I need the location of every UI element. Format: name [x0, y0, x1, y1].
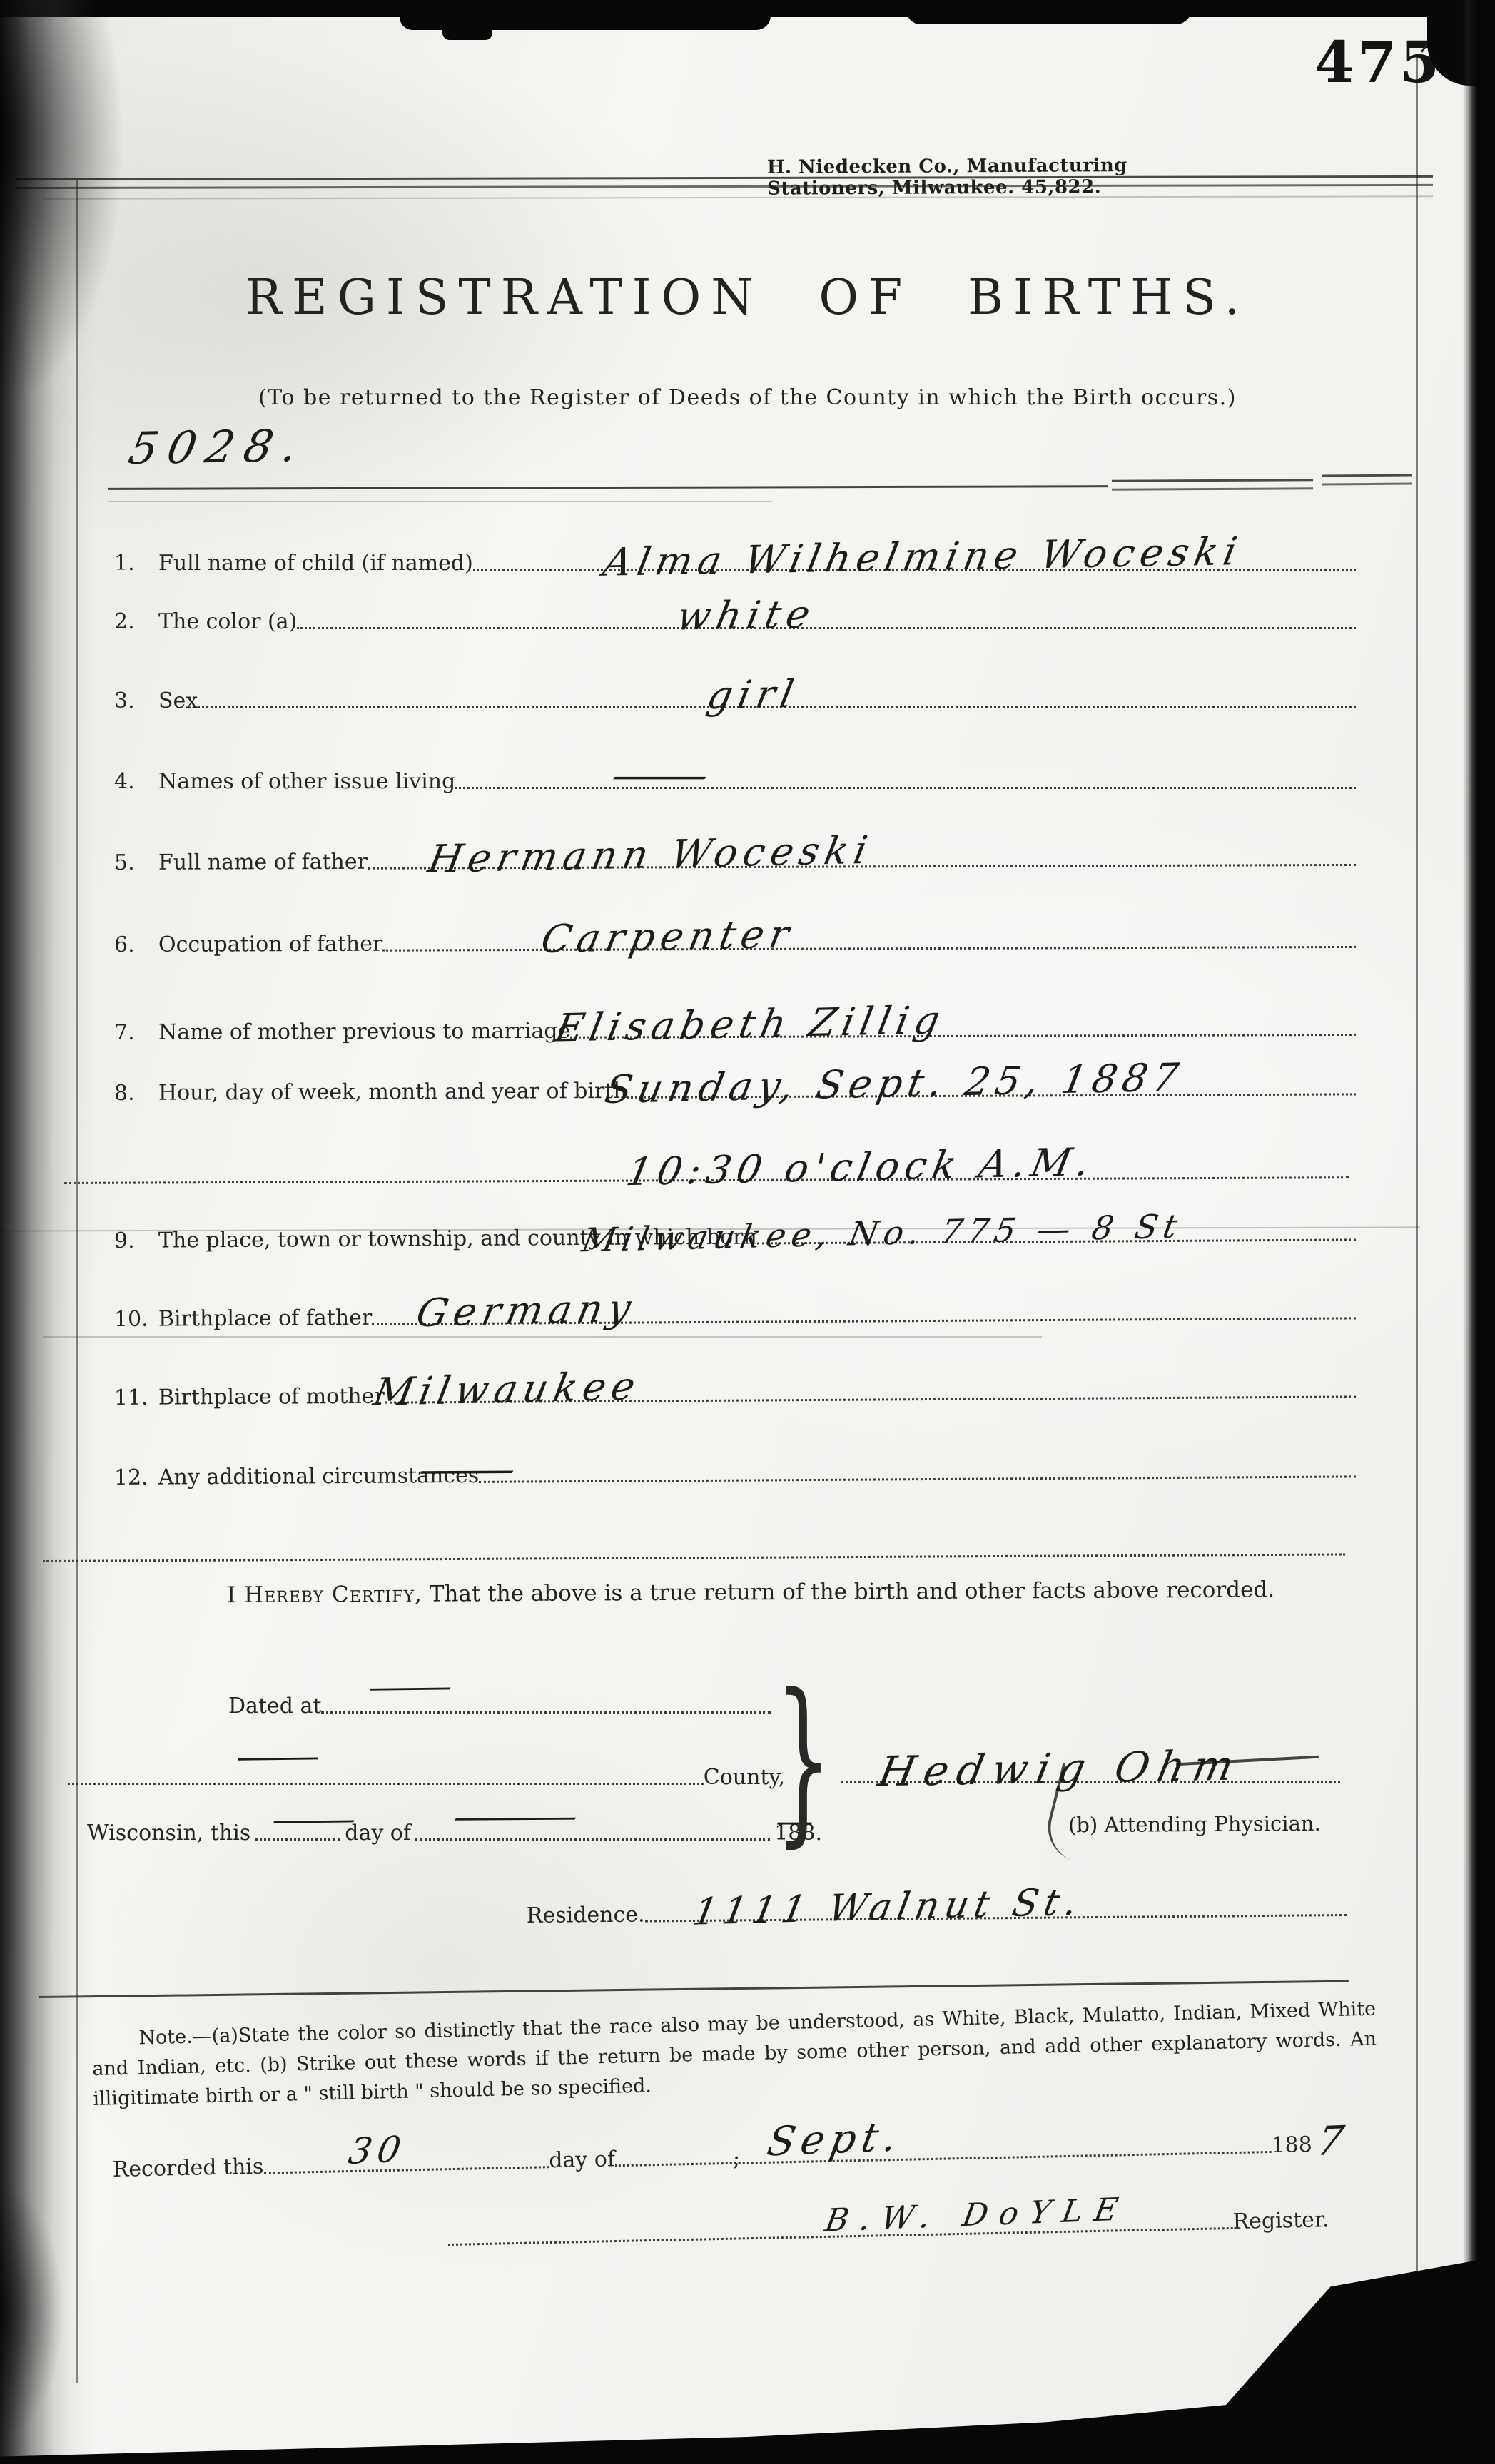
field-label: Name of mother previous to marriage — [158, 1021, 570, 1044]
field-label: Birthplace of mother — [158, 1386, 385, 1409]
field-value-handwritten: Sunday, Sept. 25, 1887 — [602, 1058, 1187, 1109]
dotted-line: ; Sept. — [615, 2148, 1272, 2167]
record-rule-segment — [1112, 479, 1313, 490]
dotted-line — [415, 1836, 770, 1841]
handwritten-dash: — — [268, 1803, 359, 1836]
field-number: 3. — [114, 691, 158, 712]
dotted-line: B.W. DoYLE — [448, 2224, 1233, 2246]
field-value-handwritten: Germany — [413, 1289, 639, 1333]
recorded-month-handwritten: Sept. — [764, 2117, 906, 2162]
dotted-line — [321, 1709, 771, 1714]
dotted-line — [382, 943, 1356, 952]
field-value-handwritten: Milwaukee — [370, 1367, 644, 1412]
field-row-9: 9. The place, town or township, and coun… — [114, 1199, 1356, 1248]
field-row-7: 7. Name of mother previous to marriage E… — [114, 994, 1356, 1040]
field-value-handwritten: 10:30 o'clock A.M. — [624, 1143, 1098, 1191]
record-rule-segment — [1322, 474, 1412, 486]
field-row-5: 5. Full name of father Hermann Woceski — [114, 825, 1356, 870]
field-row-4: 4. Names of other issue living — — [114, 748, 1356, 789]
field-value-handwritten: — — [607, 756, 729, 795]
field-row-3: 3. Sex girl — [114, 667, 1356, 708]
field-label: Names of other issue living — [158, 771, 455, 793]
recorded-prefix-label: Recorded this — [112, 2157, 263, 2181]
form-subtitle: (To be returned to the Register of Deeds… — [0, 385, 1495, 410]
field-label: Sex — [158, 691, 198, 712]
recorded-year-digit-handwritten: 7 — [1314, 2121, 1353, 2162]
county-label: County, — [704, 1767, 785, 1788]
dotted-line — [43, 1550, 1345, 1562]
register-row: B.W. DoYLE Register. — [447, 2179, 1329, 2246]
field-label: Hour, day of week, month and year of bir… — [158, 1081, 627, 1104]
record-number-rule — [108, 485, 1108, 490]
attending-physician-label: (b) Attending Physician. — [1068, 1811, 1321, 1837]
state-date-row: Wisconsin, this day of 188. — — — — [87, 1798, 822, 1841]
scanned-birth-registration-page: 475 H. Niedecken Co., Manufacturing Stat… — [0, 0, 1495, 2464]
field-label: Full name of father — [158, 852, 368, 874]
residence-label: Residence. — [527, 1905, 645, 1927]
field-row-8-continued: 10:30 o'clock A.M. — [64, 1137, 1349, 1184]
field-value-handwritten: Carpenter — [538, 915, 798, 959]
header-thin-rule — [43, 195, 1433, 199]
handwritten-dash: — — [447, 1801, 583, 1833]
field-number: 1. — [114, 553, 158, 574]
certification-statement: I Hereby Certify, That the above is a tr… — [227, 1577, 1354, 1608]
residence-row: Residence. 1111 Walnut St. — [526, 1873, 1347, 1923]
blank-dotted-row — [43, 1514, 1345, 1562]
dated-at-label: Dated at — [228, 1696, 321, 1717]
scan-edge-left-top — [0, 0, 121, 399]
field-row-12: 12. Any additional circumstances — — [114, 1436, 1356, 1485]
field-label: Occupation of father — [158, 934, 382, 956]
dated-at-row: Dated at — — [228, 1671, 771, 1714]
field-row-6: 6. Occupation of father Carpenter — [114, 907, 1356, 952]
field-value-handwritten: Milwaukee, No. 775 — 8 St — [579, 1210, 1185, 1257]
page-number: 475 — [1314, 29, 1442, 96]
field-label: Full name of child (if named) — [158, 553, 473, 574]
field-value-handwritten: Alma Wilhelmine Woceski — [600, 532, 1245, 582]
field-row-2: 2. The color (a) white — [114, 588, 1356, 629]
scan-edge-right — [1463, 0, 1495, 2464]
field-value-handwritten: — — [414, 1450, 535, 1489]
field-label: Birthplace of father — [158, 1308, 372, 1330]
field-row-11: 11. Birthplace of mother Milwaukee — [114, 1356, 1356, 1405]
field-number: 11. — [114, 1388, 158, 1409]
field-number: 9. — [114, 1231, 158, 1252]
day-of-label: day of — [549, 2149, 615, 2172]
curly-brace: } — [775, 1671, 832, 1849]
crease-line — [43, 1336, 1042, 1338]
dotted-line — [455, 784, 1356, 789]
state-label: Wisconsin, this — [87, 1823, 250, 1844]
dotted-line — [479, 1472, 1356, 1483]
field-row-10: 10. Birthplace of father Germany — [114, 1278, 1356, 1327]
dotted-line: 30 — [263, 2163, 549, 2174]
county-row: County, — — [68, 1742, 785, 1785]
record-number-handwritten: 5028. — [126, 424, 311, 471]
separator-mark: ; — [733, 2149, 741, 2170]
field-value-handwritten: Hermann Woceski — [425, 831, 876, 879]
register-label: Register. — [1232, 2209, 1329, 2233]
field-number: 5. — [114, 852, 158, 874]
handwritten-dash: — — [233, 1741, 323, 1773]
form-title: REGISTRATION OF BIRTHS. — [0, 270, 1495, 326]
field-number: 6. — [114, 935, 158, 956]
field-number: 4. — [114, 771, 158, 793]
field-label: The color (a) — [158, 611, 297, 633]
field-row-8: 8. Hour, day of week, month and year of … — [114, 1054, 1356, 1101]
scan-blob — [906, 0, 1192, 24]
dotted-line — [68, 1780, 704, 1785]
dotted-line — [297, 624, 1356, 629]
section-divider-rule — [39, 1980, 1349, 1998]
right-margin-line — [1416, 56, 1418, 2410]
field-value-handwritten: Elisabeth Zillig — [552, 1001, 948, 1047]
field-number: 8. — [114, 1083, 158, 1104]
field-number: 10. — [114, 1309, 158, 1330]
recorded-day-handwritten: 30 — [345, 2132, 409, 2169]
record-faint-rule — [108, 501, 772, 502]
field-value-handwritten: white — [674, 595, 819, 636]
scan-edge-left-bottom — [0, 2183, 64, 2440]
recorded-row: Recorded this 30 day of ; Sept. 188 7 — [111, 2098, 1343, 2177]
footnote-text: Note.—(a)State the color so distinctly t… — [91, 1995, 1377, 2114]
field-number: 2. — [114, 611, 158, 633]
handwritten-dash: — — [365, 1671, 455, 1704]
field-number: 7. — [114, 1022, 158, 1044]
certify-lead: I Hereby Certify, — [227, 1582, 422, 1608]
field-value-handwritten: girl — [704, 675, 803, 715]
residence-value-handwritten: 1111 Walnut St. — [690, 1883, 1085, 1930]
physician-signature-row: Hedwig Ohm — [841, 1712, 1340, 1783]
scan-blob — [442, 20, 492, 40]
field-number: 12. — [114, 1467, 158, 1489]
certify-rest: That the above is a true return of the b… — [422, 1577, 1274, 1607]
field-row-1: 1. Full name of child (if named) Alma Wi… — [114, 529, 1356, 571]
year-printed-label: 188 — [1271, 2134, 1312, 2157]
register-signature-handwritten: B.W. DoYLE — [823, 2194, 1132, 2236]
